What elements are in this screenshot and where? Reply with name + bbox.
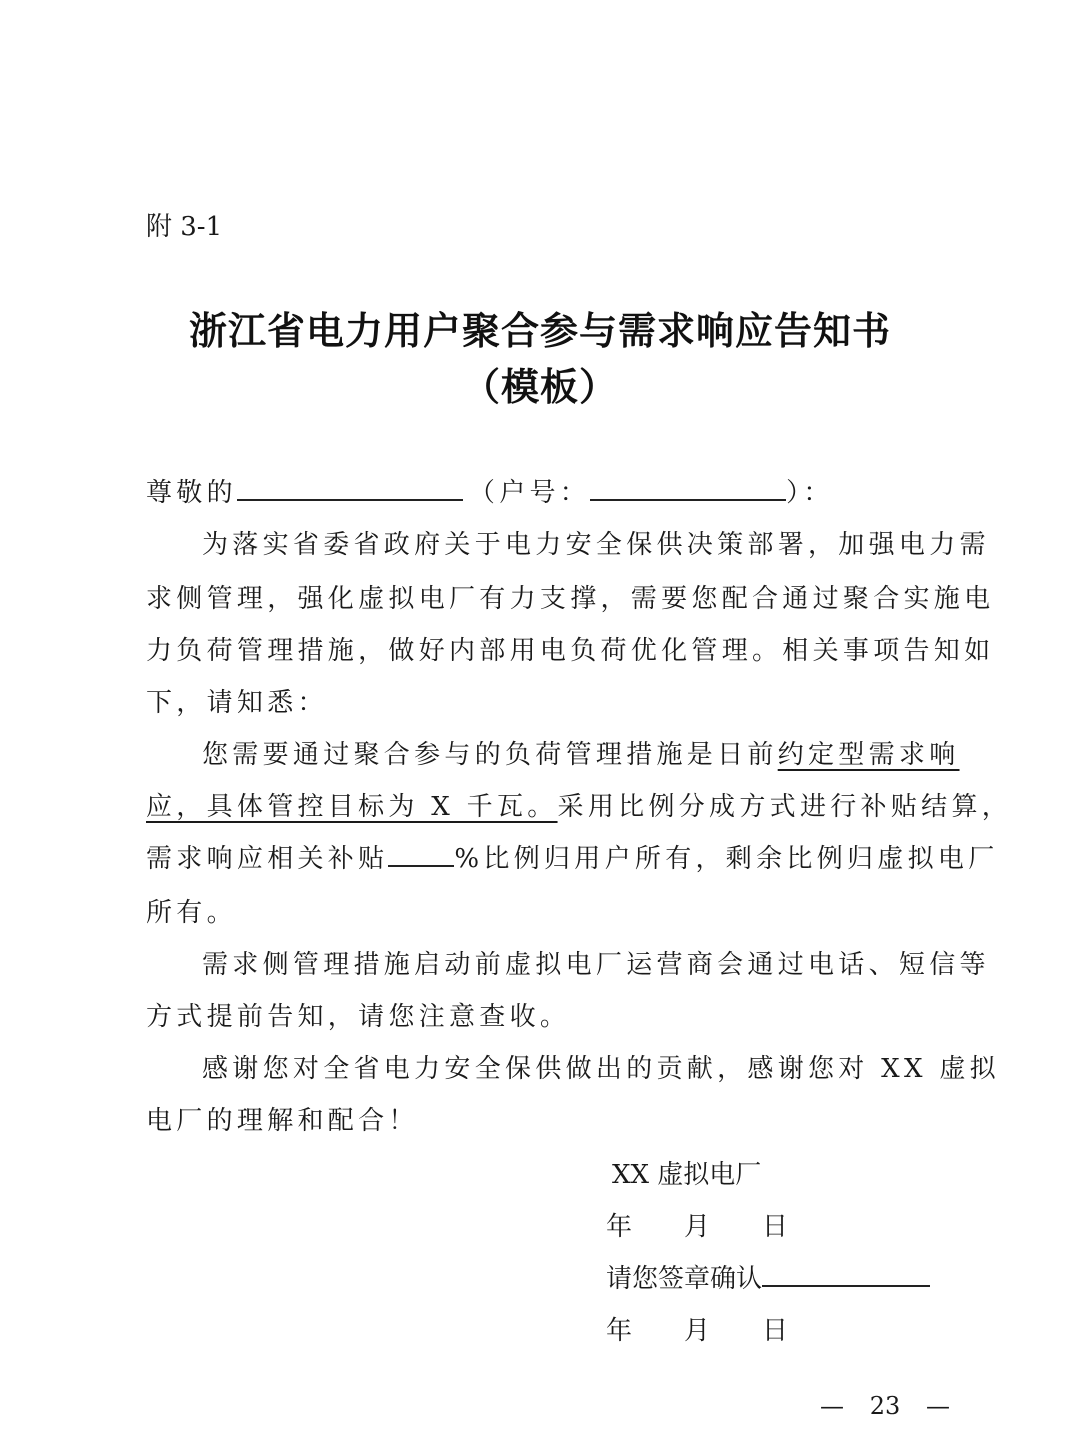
account-number-label: （户号：	[469, 478, 590, 508]
page-number-left-dash: —	[820, 1392, 844, 1420]
salutation-line: 尊敬的（户号：）：	[146, 472, 834, 509]
signature-blank[interactable]	[762, 1284, 930, 1287]
paragraph3-line1: 需求侧管理措施启动前虚拟电厂运营商会通过电话、短信等	[202, 944, 990, 981]
signature-confirm-label: 请您签章确认	[606, 1264, 762, 1294]
paragraph1-line4: 下，请知悉：	[146, 682, 328, 719]
signature-confirm-line: 请您签章确认	[606, 1258, 930, 1295]
salutation-prefix: 尊敬的	[146, 478, 237, 508]
paragraph1-line2: 求侧管理，强化虚拟电厂有力支撑，需要您配合通过聚合实施电	[146, 578, 994, 615]
paragraph4-line2: 电厂的理解和配合！	[146, 1100, 419, 1137]
document-title: 浙江省电力用户聚合参与需求响应告知书	[0, 300, 1080, 355]
page-number-right-dash: —	[926, 1392, 950, 1420]
paragraph2-line1: 您需要通过聚合参与的负荷管理措施是日前约定型需求响	[202, 734, 960, 771]
paragraph2-line4: 所有。	[146, 892, 237, 929]
paragraph2-line1-underlined: 约定型需求响	[778, 740, 960, 770]
signature-date: 年 月 日	[606, 1310, 788, 1347]
subsidy-suffix: %比例归用户所有，剩余比例归虚拟电厂	[454, 844, 998, 874]
page-number: — 23 —	[820, 1392, 950, 1420]
recipient-name-blank[interactable]	[237, 498, 463, 501]
issuer-date: 年 月 日	[606, 1206, 788, 1243]
page-number-value: 23	[870, 1392, 901, 1420]
paragraph2-line2-underlined: 应，具体管控目标为 X 千瓦。	[146, 792, 558, 822]
annex-label: 附 3-1	[146, 206, 222, 243]
paragraph2-line1-plain: 您需要通过聚合参与的负荷管理措施是日前	[202, 740, 778, 770]
document-subtitle: （模板）	[0, 356, 1080, 411]
paragraph2-line2-plain: 采用比例分成方式进行补贴结算，	[558, 792, 1013, 822]
issuer-name: XX 虚拟电厂	[612, 1154, 761, 1191]
paragraph1-line3: 力负荷管理措施，做好内部用电负荷优化管理。相关事项告知如	[146, 630, 994, 667]
paragraph3-line2: 方式提前告知，请您注意查收。	[146, 996, 570, 1033]
paragraph2-line3: 需求响应相关补贴%比例归用户所有，剩余比例归虚拟电厂	[146, 838, 999, 875]
paragraph2-line2: 应，具体管控目标为 X 千瓦。采用比例分成方式进行补贴结算，	[146, 786, 1012, 823]
paragraph1-line1: 为落实省委省政府关于电力安全保供决策部署，加强电力需	[202, 524, 990, 561]
account-number-blank[interactable]	[590, 498, 786, 501]
salutation-suffix: ）：	[786, 478, 834, 508]
paragraph4-line1: 感谢您对全省电力安全保供做出的贡献，感谢您对 XX 虚拟	[202, 1048, 1000, 1085]
subsidy-label: 需求响应相关补贴	[146, 844, 388, 874]
subsidy-percent-blank[interactable]	[388, 864, 454, 867]
